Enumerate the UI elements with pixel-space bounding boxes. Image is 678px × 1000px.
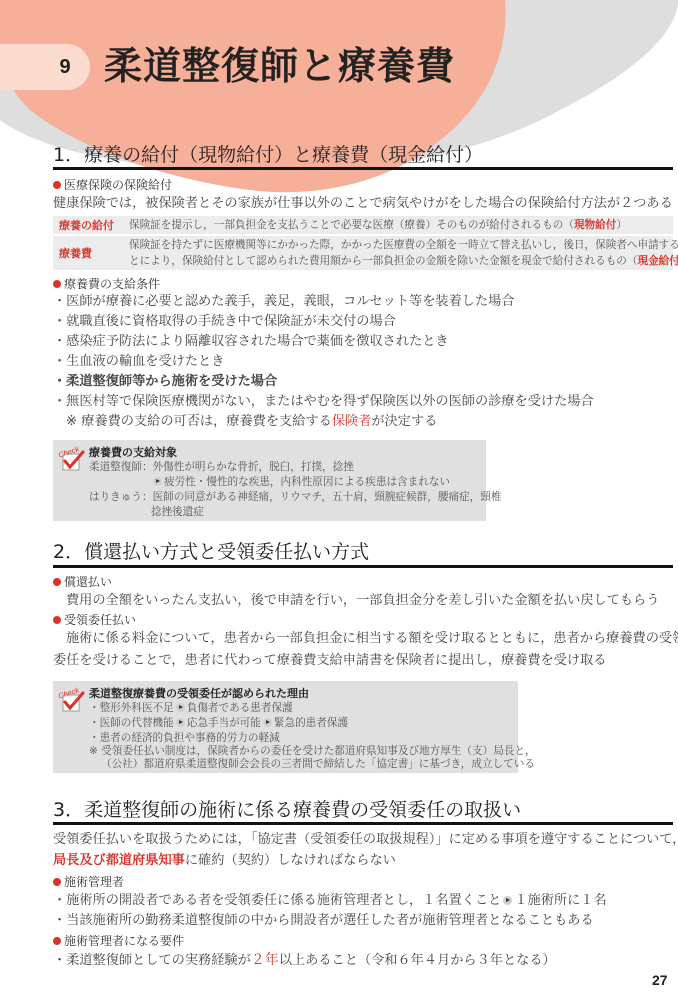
- arrow-right-icon: [263, 718, 272, 727]
- reimbursement-text: 費用の全額をいったん支払い，後で申請を行い，一部負担金分を差し引いた金額を払い戻…: [66, 591, 659, 611]
- payment-decision-note: ※ 療養費の支給の可否は，療養費を支給する保険者が決定する: [66, 412, 437, 432]
- section-3-heading: 3．柔道整復師の施術に係る療養費の受領委任の取扱い: [53, 796, 521, 824]
- arrow-right-icon: [153, 477, 162, 486]
- check-line-hari-cont: 捻挫後遺症: [151, 505, 204, 520]
- list-item: ・施術所の開設者である者を受領委任に係る施術管理者とし，１名置くこと１施術所に１…: [53, 891, 607, 911]
- section-3-rule: [53, 822, 673, 825]
- check-line-hari: はりきゅう：医師の同意がある神経痛，リウマチ，五十肩，頸腕症候群，腰痛症，頸椎: [89, 490, 501, 505]
- list-item-highlighted: ・柔道整復師等から施術を受けた場合: [53, 372, 277, 392]
- check-icon: Check: [57, 446, 87, 472]
- delegated-receipt-text-1: 施術に係る料金について，患者から一部負担金に相当する額を受け取るとともに，患者か…: [66, 629, 678, 649]
- insurance-benefits-text: 健康保険では，被保険者とその家族が仕事以外のことで病気やけがをした場合の保険給付…: [53, 194, 673, 214]
- header-background-shapes: [0, 0, 678, 200]
- benefit-comparison-table: 療養の給付 保険証を提示し，一部負担金を支払うことで必要な医療（療養）そのものが…: [53, 216, 673, 272]
- section-3-intro-1: 受領委任払いを取扱うためには，「協定書（受領委任の取扱規程）」に定める事項を遵守…: [53, 830, 678, 850]
- list-item: ・生血液の輸血を受けたとき: [53, 352, 224, 372]
- section-2-rule: [53, 565, 673, 568]
- red-bullet-icon: [53, 878, 61, 886]
- bullet-payment-conditions: 療養費の支給条件: [53, 275, 160, 293]
- check-box-payment-targets: Check 療養費の支給対象 柔道整復師：外傷性が明らかな骨折，脱臼，打撲，捻挫…: [53, 440, 486, 521]
- list-item: ・柔道整復師としての実務経験が２年以上あること（令和６年４月から３年となる）: [53, 950, 556, 971]
- section-3-intro-2: 局長及び都道府県知事に確約（契約）しなければならない: [53, 851, 396, 871]
- delegation-note-2: （公社）都道府県柔道整復師会会長の三者間で締結した「協定書」に基づき，成立してい…: [101, 757, 535, 772]
- table-row-label: 療養の給付: [53, 216, 125, 234]
- bullet-delegated-receipt: 受領委任払い: [53, 611, 136, 629]
- list-item: ・当該施術所の勤務柔道整復師の中から開設者が選任した者が施術管理者となることもあ…: [53, 911, 594, 931]
- page-number: 27: [652, 972, 668, 988]
- bullet-practice-manager: 施術管理者: [53, 873, 124, 891]
- bullet-reimbursement: 償還払い: [53, 573, 112, 591]
- reason-1: ・整形外科医不足負傷者である患者保護: [89, 701, 293, 716]
- list-item: ・就職直後に資格取得の手続き中で保険証が未交付の場合: [53, 312, 396, 332]
- check-line-judo-note: 疲労性・慢性的な疾患，内科性原因による疾患は含まれない: [151, 475, 450, 490]
- section-1-rule: [53, 167, 673, 170]
- table-row-label: 療養費: [53, 236, 125, 270]
- arrow-right-icon: [176, 718, 185, 727]
- section-1-heading: 1．療養の給付（現物給付）と療養費（現金給付）: [53, 141, 483, 169]
- reason-2: ・医師の代替機能応急手当が可能緊急的患者保護: [89, 716, 348, 731]
- check-box-title: 柔道整復療養費の受領委任が認められた理由: [89, 686, 309, 701]
- red-bullet-icon: [53, 280, 61, 288]
- check-box-delegation-reasons: Check 柔道整復療養費の受領委任が認められた理由 ・整形外科医不足負傷者であ…: [53, 681, 518, 773]
- bullet-manager-requirements: 施術管理者になる要件: [53, 932, 184, 950]
- table-row-desc: 保険証を持たずに医療機関等にかかった際，かかった医療費の全額を一時立て替え払いし…: [125, 236, 678, 270]
- table-row: 療養費 保険証を持たずに医療機関等にかかった際，かかった医療費の全額を一時立て替…: [53, 236, 673, 270]
- red-bullet-icon: [53, 616, 61, 624]
- chapter-number: 9: [50, 44, 80, 90]
- check-line-judo: 柔道整復師：外傷性が明らかな骨折，脱臼，打撲，捻挫: [89, 460, 354, 475]
- red-bullet-icon: [53, 937, 61, 945]
- chapter-header: 9 柔道整復師と療養費: [0, 36, 678, 96]
- list-item: ・無医村等で保険医療機関がない，またはやむを得ず保険医以外の医師の診療を受けた場…: [53, 392, 594, 412]
- section-2-heading: 2．償還払い方式と受領委任払い方式: [53, 538, 369, 566]
- arrow-right-icon: [503, 896, 512, 905]
- check-icon: Check: [57, 687, 87, 713]
- table-row-desc: 保険証を提示し，一部負担金を支払うことで必要な医療（療養）そのものが給付されるも…: [125, 216, 631, 234]
- check-box-title: 療養費の支給対象: [89, 445, 177, 460]
- chapter-title: 柔道整復師と療養費: [104, 38, 455, 94]
- red-bullet-icon: [53, 578, 61, 586]
- table-row: 療養の給付 保険証を提示し，一部負担金を支払うことで必要な医療（療養）そのものが…: [53, 216, 673, 234]
- list-item: ・医師が療養に必要と認めた義手，義足，義眼，コルセット等を装着した場合: [53, 292, 515, 312]
- arrow-right-icon: [176, 703, 185, 712]
- bullet-insurance-benefits: 医療保険の保険給付: [53, 176, 172, 194]
- red-bullet-icon: [53, 181, 61, 189]
- delegated-receipt-text-2: 委任を受けることで，患者に代わって療養費支給申請書を保険者に提出し，療養費を受け…: [53, 651, 606, 671]
- list-item: ・感染症予防法により隔離収容された場合で薬価を徴収されたとき: [53, 332, 449, 352]
